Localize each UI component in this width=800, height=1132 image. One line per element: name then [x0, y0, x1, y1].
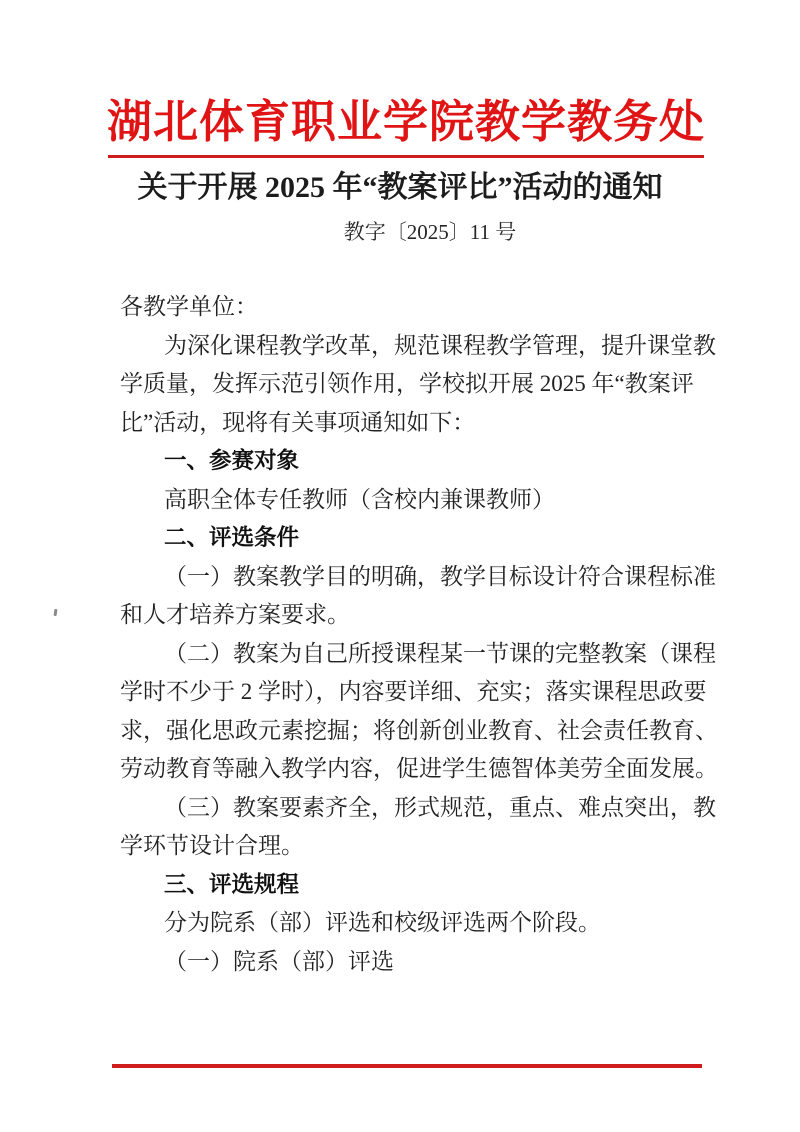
scan-artifact-speck: [54, 609, 58, 616]
body-line: 劳动教育等融入教学内容，促进学生德智体美劳全面发展。: [120, 750, 694, 789]
body-line: 求，强化思政元素挖掘；将创新创业教育、社会责任教育、: [120, 712, 694, 751]
body-line: 学时不少于 2 学时），内容要详细、充实；落实课程思政要: [120, 673, 694, 712]
body-line: （二）教案为自己所授课程某一节课的完整教案（课程: [120, 635, 694, 674]
document-title: 关于开展 2025 年“教案评比”活动的通知: [100, 164, 700, 212]
footer-red-rule: [112, 1064, 702, 1068]
body-line: 高职全体专任教师（含校内兼课教师）: [120, 481, 694, 520]
document-body: 各教学单位：为深化课程教学改革，规范课程教学管理，提升课堂教学质量，发挥示范引领…: [120, 288, 694, 981]
header-red-rule: [108, 155, 704, 158]
body-line: 为深化课程教学改革，规范课程教学管理，提升课堂教: [120, 327, 694, 366]
body-line: （三）教案要素齐全，形式规范，重点、难点突出，教: [120, 789, 694, 828]
document-number: 教字〔2025〕11 号: [120, 215, 740, 249]
section-heading: 一、参赛对象: [120, 442, 694, 481]
body-line: （一）院系（部）评选: [120, 943, 694, 982]
body-line: 学环节设计合理。: [120, 827, 694, 866]
issuing-office-name: 湖北体育职业学院教学教务处: [100, 92, 712, 152]
section-heading: 二、评选条件: [120, 519, 694, 558]
body-line: 各教学单位：: [120, 288, 694, 327]
body-line: 学质量，发挥示范引领作用，学校拟开展 2025 年“教案评: [120, 365, 694, 404]
body-line: 比”活动，现将有关事项通知如下：: [120, 404, 694, 443]
section-heading: 三、评选规程: [120, 866, 694, 905]
body-line: 和人才培养方案要求。: [120, 596, 694, 635]
body-line: 分为院系（部）评选和校级评选两个阶段。: [120, 904, 694, 943]
body-line: （一）教案教学目的明确，教学目标设计符合课程标准: [120, 558, 694, 597]
document-page: 湖北体育职业学院教学教务处 关于开展 2025 年“教案评比”活动的通知 教字〔…: [0, 0, 800, 1132]
